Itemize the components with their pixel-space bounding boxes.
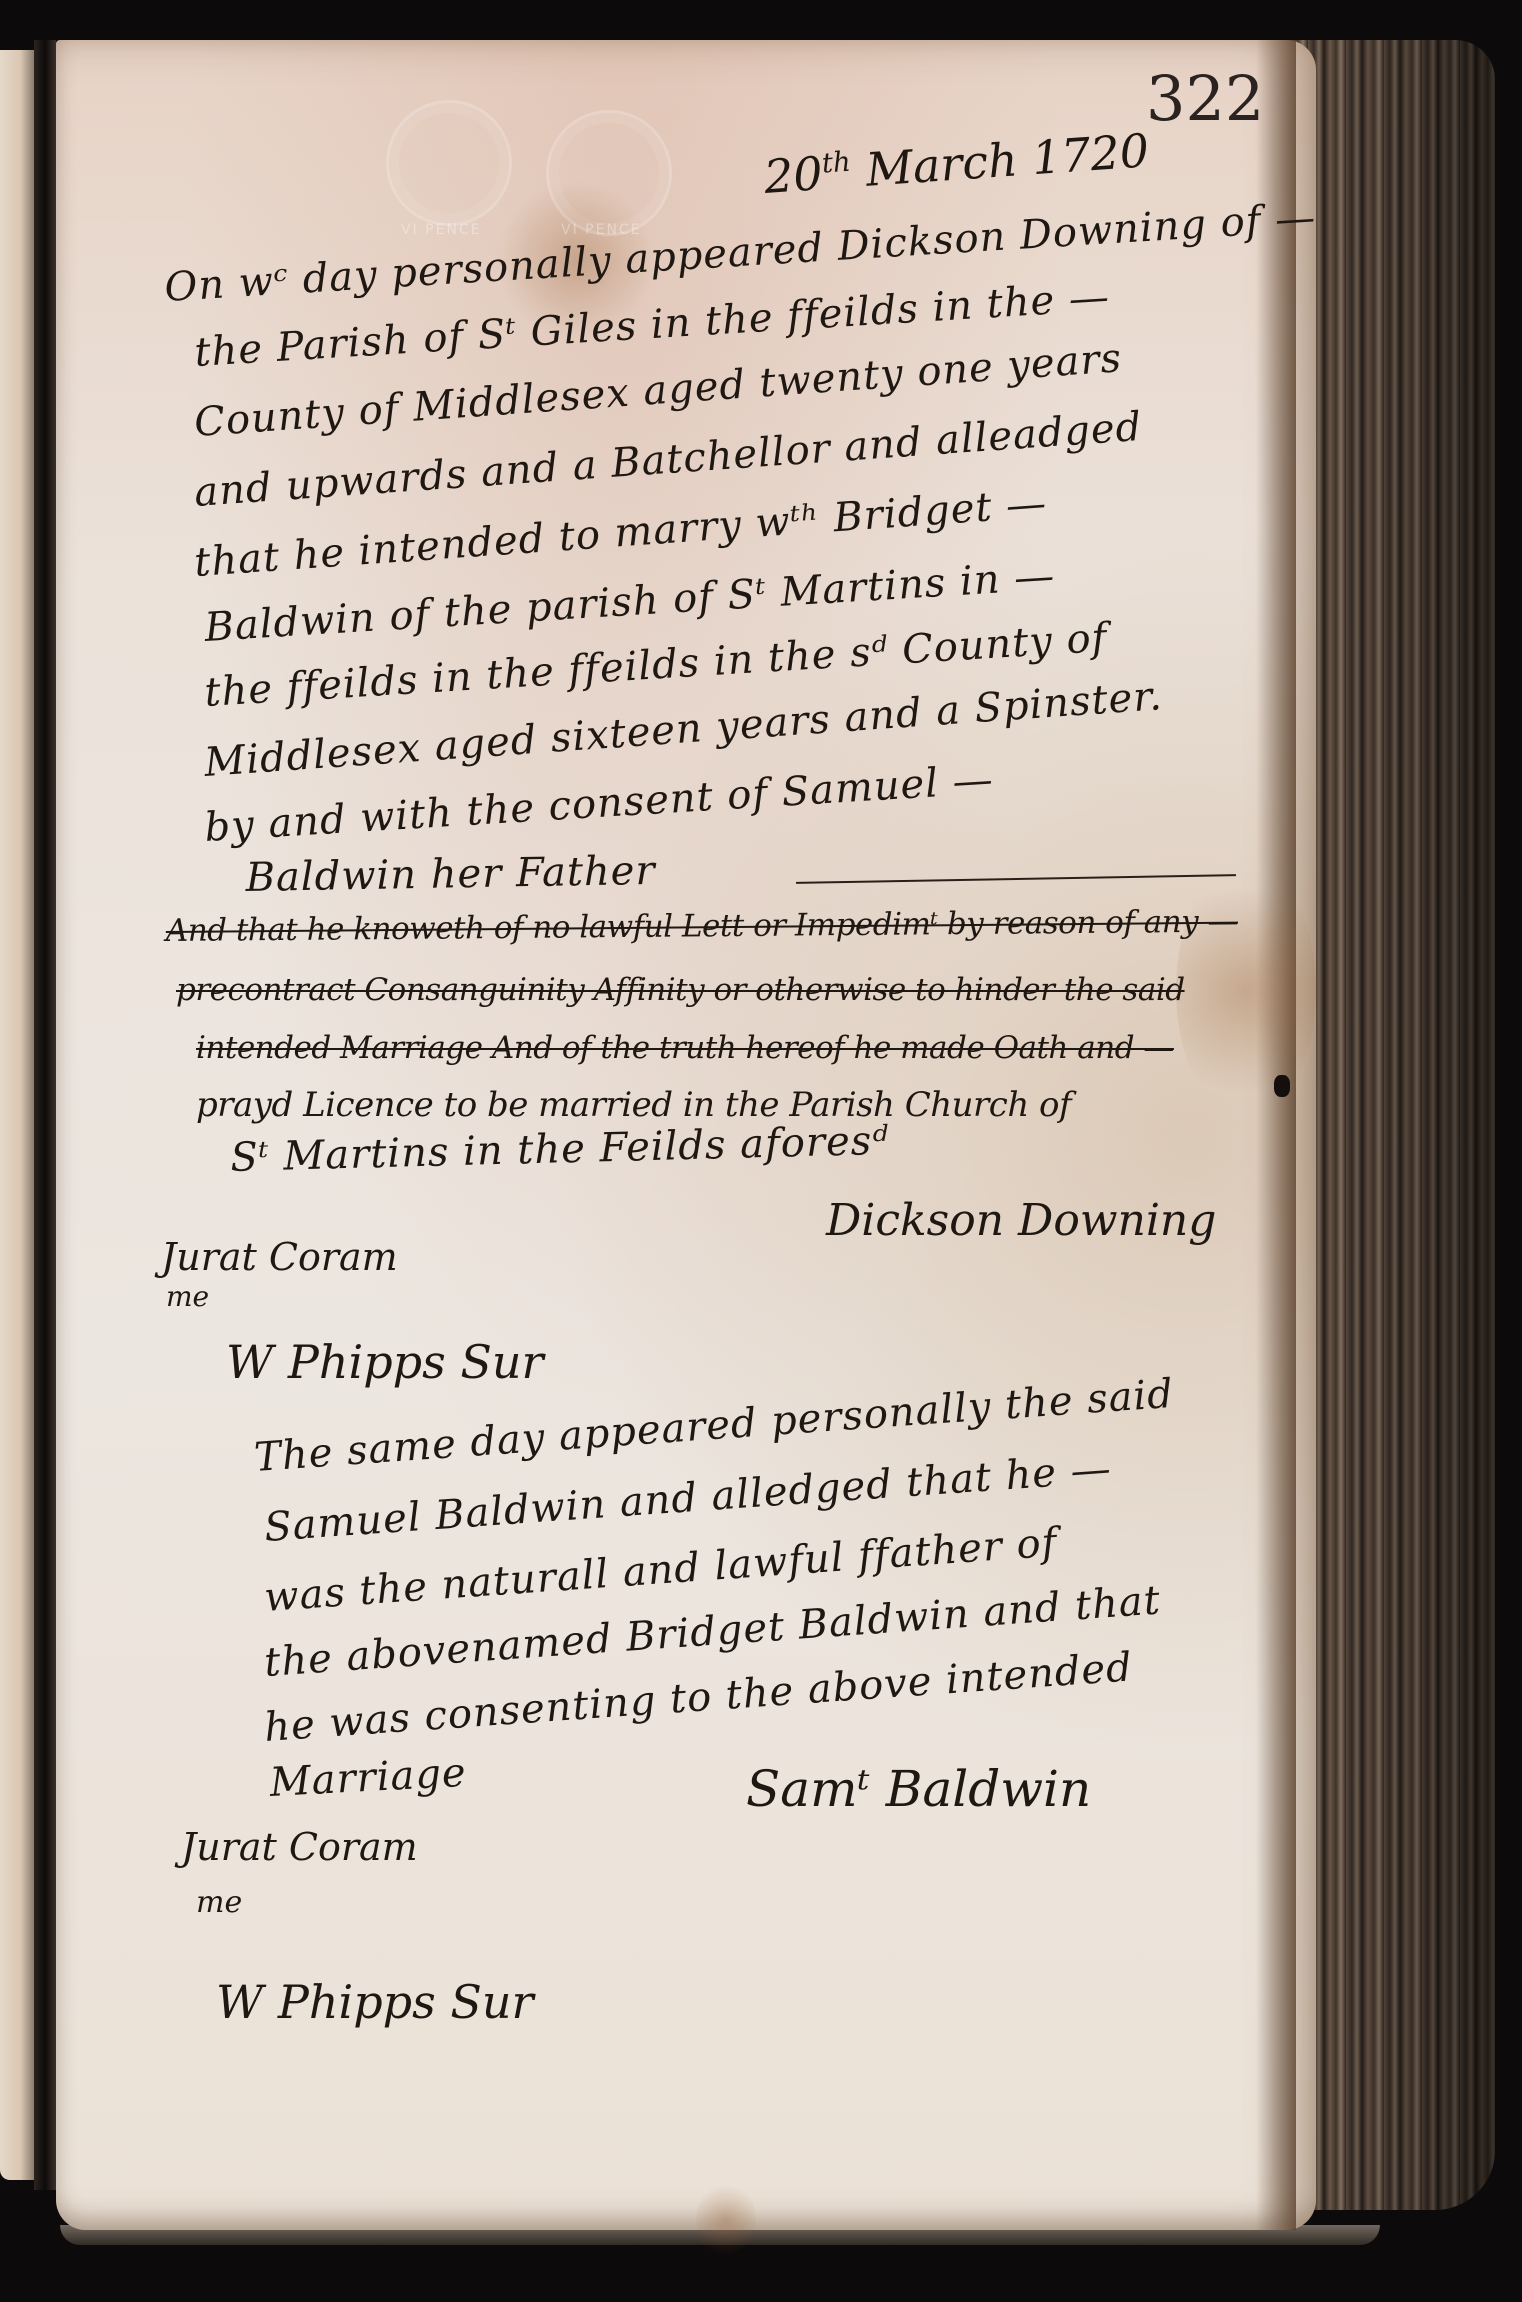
ink-blot — [1274, 1075, 1290, 1097]
signature-samuel-baldwin: Samᵗ Baldwin — [746, 1760, 1091, 1818]
formula-line: prayd Licence to be married in the Paris… — [196, 1085, 1071, 1125]
formula-line: And that he knoweth of no lawful Lett or… — [166, 904, 1238, 949]
formula-line: precontract Consanguinity Affinity or ot… — [176, 972, 1185, 1008]
formula-line: Sᵗ Martins in the Feilds aforesᵈ — [230, 1118, 890, 1181]
surrogate-signature: W Phipps Sur — [216, 1975, 533, 2029]
jurat-me: me — [166, 1280, 209, 1313]
embossed-stamp — [386, 100, 512, 226]
surrogate-signature: W Phipps Sur — [226, 1335, 543, 1389]
line-filler-rule — [796, 874, 1236, 884]
paper-stain — [696, 2180, 756, 2260]
entry-date: 20th March 1720 — [762, 123, 1150, 204]
allegation-line: On wᶜ day personally appeared Dickson Do… — [163, 195, 1317, 311]
folio-number: 322 — [1146, 62, 1264, 135]
paper-stain — [1176, 860, 1316, 1120]
jurat-coram: Jurat Coram — [181, 1825, 418, 1869]
consent-line: Marriage — [269, 1750, 468, 1806]
date-day: 20 — [762, 146, 824, 204]
formula-line: intended Marriage And of the truth hereo… — [196, 1030, 1174, 1066]
manuscript-page: VI PENCE VI PENCE 322 20th March 1720 On… — [56, 40, 1316, 2230]
embossed-stamp-label: VI PENCE — [401, 222, 482, 238]
jurat-me: me — [196, 1885, 242, 1920]
embossed-stamp — [546, 110, 672, 236]
facing-page-edge — [0, 50, 34, 2180]
page-edge-shadow — [1256, 40, 1296, 2230]
jurat-coram: Jurat Coram — [161, 1235, 398, 1279]
allegation-line: Baldwin her Father — [245, 848, 656, 901]
date-month-year: March 1720 — [864, 123, 1151, 197]
book-gutter — [34, 40, 56, 2190]
signature-dickson-downing: Dickson Downing — [826, 1195, 1216, 1246]
date-day-suffix: th — [821, 145, 852, 180]
